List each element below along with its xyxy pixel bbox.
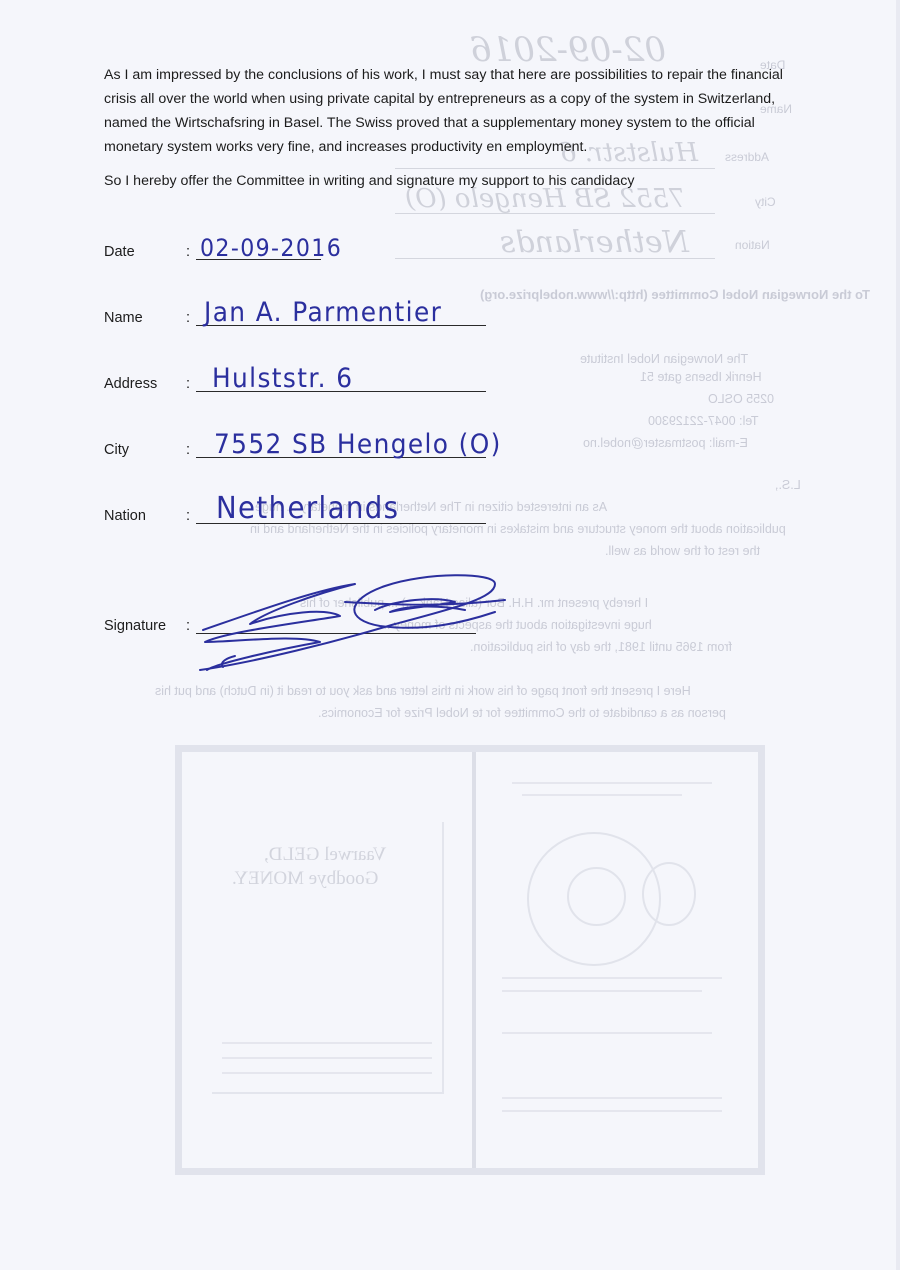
field-label: Nation [104,508,146,524]
form-field-address: Address : Hulststr. 6 [104,358,504,398]
ghost-label-nation: Nation [735,238,770,252]
ghost-text-line [222,1042,432,1044]
letter-offer-statement: So I hereby offer the Committee in writi… [104,173,634,189]
field-label: Address [104,376,157,392]
ghost-address-line: Tel: 0047-22129300 [648,414,759,428]
page-edge [896,0,900,1270]
form-field-nation: Nation : Netherlands [104,490,504,530]
ghost-text-line [502,1110,722,1112]
ghost-text-line [222,1072,432,1074]
field-label: Name [104,310,143,326]
ghost-text-line [222,1057,432,1059]
ghost-paragraph: person as a candidate to the Committee f… [318,706,726,720]
ghost-diagram-circle [642,862,696,926]
ghost-book-cover: Vaarwel GELD, Goodbye MONEY. [175,745,765,1175]
ghost-text-line [502,1097,722,1099]
ghost-label-city: City [755,195,776,209]
field-colon: : [186,244,190,260]
ghost-text-line [512,782,712,784]
ghost-address-line: The Norwegian Nobel Institute [580,350,748,369]
ghost-salutation: L.S., [775,478,801,492]
ghost-text-line [502,977,722,979]
field-colon: : [186,618,190,634]
letter-paragraph: As I am impressed by the conclusions of … [104,63,804,159]
ghost-book-title: Vaarwel GELD, [264,844,386,866]
handwritten-nation: Netherlands [216,491,399,526]
handwritten-date: 02-09-2016 [200,234,342,262]
ghost-address-line: 0255 OSLO [708,392,774,406]
handwritten-name: Jan A. Parmentier [204,297,442,328]
ghost-book-spine [472,752,476,1168]
form-field-date: Date : 02-09-2016 [104,226,504,266]
field-colon: : [186,376,190,392]
field-label: City [104,442,129,458]
ghost-header: To the Norwegian Nobel Committee (http:/… [480,287,870,302]
field-label: Signature [104,618,166,634]
ghost-address-line: E-mail: postmaster@nobel.no [583,436,748,450]
form-field-city: City : 7552 SB Hengelo (O) [104,424,504,464]
signature-scribble [195,572,515,677]
ghost-book-title: Goodbye MONEY. [232,868,378,890]
ghost-diagram-circle [567,867,626,926]
ghost-text-line [502,1032,712,1034]
field-colon: : [186,310,190,326]
ghost-paragraph: the rest of the world as well. [605,544,760,558]
ghost-line [395,168,715,169]
handwritten-city: 7552 SB Hengelo (O) [214,429,502,460]
ghost-address-line: Henrik Ibsens gate 51 [640,370,762,384]
field-label: Date [104,244,135,260]
handwritten-address: Hulststr. 6 [212,363,353,394]
ghost-paragraph: Here I present the front page of his wor… [155,684,691,698]
field-colon: : [186,508,190,524]
form-field-name: Name : Jan A. Parmentier [104,292,504,332]
ghost-text-line [522,794,682,796]
field-colon: : [186,442,190,458]
ghost-nation: Netherlands [500,225,689,260]
ghost-text-line [502,990,702,992]
ghost-line [395,213,715,214]
